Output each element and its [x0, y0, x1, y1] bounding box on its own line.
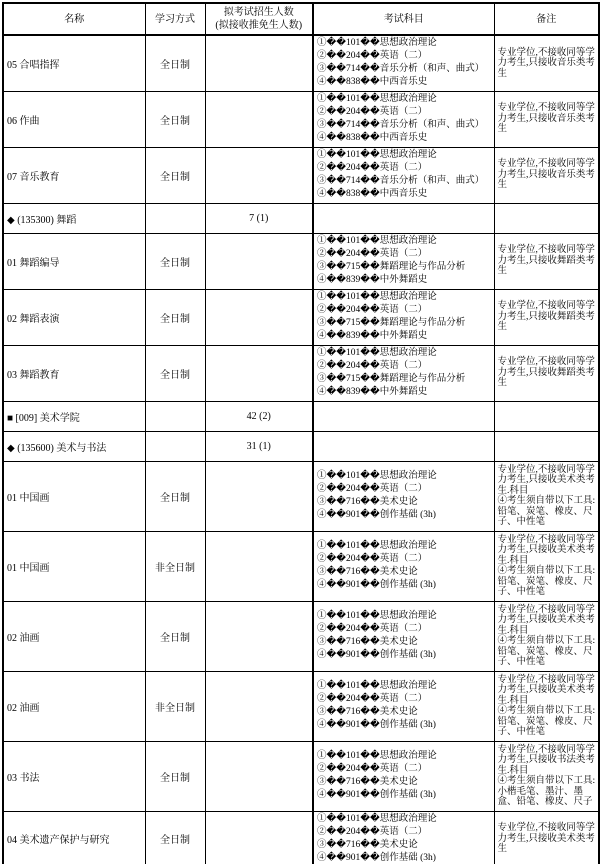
- program-name-cell: 06 作曲: [3, 91, 145, 147]
- note-paragraph: 专业学位,不接收同等学力考生,只接收舞蹈类考生: [498, 357, 598, 389]
- quota-cell: [205, 531, 313, 601]
- study-mode-cell: 全日制: [145, 461, 205, 531]
- col-header-name: 名称: [3, 3, 145, 35]
- note-paragraph: 专业学位,不接收同等学力考生,只接收美术类考生: [498, 823, 598, 855]
- subject-line: ②��204��英语（二）: [317, 826, 492, 839]
- note-paragraph: 专业学位,不接收同等学力考生,只接收美术类考生.科目: [498, 675, 598, 707]
- note-paragraph: 专业学位,不接收同等学力考生,只接收音乐类考生: [498, 103, 598, 135]
- table-row: ◆ (135600) 美术与书法31 (1): [3, 431, 599, 461]
- subject-line: ①��101��思想政治理论: [317, 610, 492, 623]
- col-header-note: 备注: [494, 3, 599, 35]
- table-row: 02 舞蹈表演全日制①��101��思想政治理论②��204��英语（二）③��…: [3, 289, 599, 345]
- note-paragraph: ④考生须自带以下工具:铅笔、炭笔、橡皮、尺子、中性笔: [498, 636, 598, 668]
- note-paragraph: 专业学位,不接收同等学力考生,只接收书法类考生.科目: [498, 745, 598, 777]
- exam-subjects-cell: ①��101��思想政治理论②��204��英语（二）③��715��舞蹈理论与…: [313, 233, 494, 289]
- col-header-quota-line2: (拟接收推免生人数): [206, 19, 313, 32]
- table-row: 02 油画全日制①��101��思想政治理论②��204��英语（二）③��71…: [3, 601, 599, 671]
- table-row: 07 音乐教育全日制①��101��思想政治理论②��204��英语（二）③��…: [3, 147, 599, 203]
- program-name-cell: 02 油画: [3, 671, 145, 741]
- exam-subjects-cell: ①��101��思想政治理论②��204��英语（二）③��715��舞蹈理论与…: [313, 289, 494, 345]
- table-row: 04 美术遗产保护与研究全日制①��101��思想政治理论②��204��英语（…: [3, 811, 599, 864]
- study-mode-cell: 全日制: [145, 289, 205, 345]
- subject-line: ③��714��音乐分析（和声、曲式）: [317, 175, 492, 188]
- subject-line: ③��716��美术史论: [317, 706, 492, 719]
- study-mode-cell: 全日制: [145, 601, 205, 671]
- program-name-cell: 05 合唱指挥: [3, 35, 145, 91]
- subject-line: ②��204��英语（二）: [317, 248, 492, 261]
- study-mode-cell: 全日制: [145, 741, 205, 811]
- table-row: 02 油画非全日制①��101��思想政治理论②��204��英语（二）③��7…: [3, 671, 599, 741]
- program-name-cell: 03 舞蹈教育: [3, 345, 145, 401]
- subject-line: ①��101��思想政治理论: [317, 347, 492, 360]
- table-row: 01 舞蹈编导全日制①��101��思想政治理论②��204��英语（二）③��…: [3, 233, 599, 289]
- note-cell: 专业学位,不接收同等学力考生,只接收音乐类考生: [494, 35, 599, 91]
- quota-cell: [205, 233, 313, 289]
- program-name-cell: 04 美术遗产保护与研究: [3, 811, 145, 864]
- exam-subjects-cell: ①��101��思想政治理论②��204��英语（二）③��714��音乐分析（…: [313, 91, 494, 147]
- program-name-cell: 07 音乐教育: [3, 147, 145, 203]
- col-header-quota: 拟考试招生人数 (拟接收推免生人数): [205, 3, 313, 35]
- table-row: 05 合唱指挥全日制①��101��思想政治理论②��204��英语（二）③��…: [3, 35, 599, 91]
- subject-line: ③��715��舞蹈理论与作品分析: [317, 261, 492, 274]
- subject-line: ①��101��思想政治理论: [317, 680, 492, 693]
- study-mode-cell: 全日制: [145, 811, 205, 864]
- study-mode-cell: [145, 401, 205, 431]
- program-name-cell: 01 舞蹈编导: [3, 233, 145, 289]
- exam-subjects-cell: ①��101��思想政治理论②��204��英语（二）③��714��音乐分析（…: [313, 35, 494, 91]
- study-mode-cell: 非全日制: [145, 671, 205, 741]
- subject-line: ①��101��思想政治理论: [317, 470, 492, 483]
- quota-cell: [205, 289, 313, 345]
- quota-cell: [205, 147, 313, 203]
- study-mode-cell: 非全日制: [145, 531, 205, 601]
- study-mode-cell: 全日制: [145, 35, 205, 91]
- exam-subjects-cell: ①��101��思想政治理论②��204��英语（二）③��715��舞蹈理论与…: [313, 345, 494, 401]
- note-cell: [494, 431, 599, 461]
- program-name-cell: 02 油画: [3, 601, 145, 671]
- subject-line: ④��839��中外舞蹈史: [317, 330, 492, 343]
- quota-cell: [205, 345, 313, 401]
- exam-subjects-cell: [313, 203, 494, 233]
- exam-subjects-cell: ①��101��思想政治理论②��204��英语（二）③��716��美术史论④…: [313, 671, 494, 741]
- subject-line: ④��839��中外舞蹈史: [317, 386, 492, 399]
- subject-line: ①��101��思想政治理论: [317, 750, 492, 763]
- subject-line: ②��204��英语（二）: [317, 693, 492, 706]
- subject-line: ③��715��舞蹈理论与作品分析: [317, 373, 492, 386]
- note-paragraph: ④考生须自带以下工具:铅笔、炭笔、橡皮、尺子、中性笔: [498, 706, 598, 738]
- quota-cell: 31 (1): [205, 431, 313, 461]
- subject-line: ②��204��英语（二）: [317, 483, 492, 496]
- note-cell: 专业学位,不接收同等学力考生,只接收书法类考生.科目④考生须自带以下工具:小楷毛…: [494, 741, 599, 811]
- subject-line: ③��715��舞蹈理论与作品分析: [317, 317, 492, 330]
- quota-cell: [205, 741, 313, 811]
- note-paragraph: ④考生须自带以下工具:小楷毛笔、墨汁、墨盒、铅笔、橡皮、尺子: [498, 776, 598, 808]
- study-mode-cell: 全日制: [145, 147, 205, 203]
- note-paragraph: ④考生须自带以下工具:铅笔、炭笔、橡皮、尺子、中性笔: [498, 496, 598, 528]
- note-cell: 专业学位,不接收同等学力考生,只接收美术类考生: [494, 811, 599, 864]
- table-row: 03 书法全日制①��101��思想政治理论②��204��英语（二）③��71…: [3, 741, 599, 811]
- study-mode-cell: [145, 203, 205, 233]
- table-row: 03 舞蹈教育全日制①��101��思想政治理论②��204��英语（二）③��…: [3, 345, 599, 401]
- note-cell: 专业学位,不接收同等学力考生,只接收美术类考生.科目④考生须自带以下工具:铅笔、…: [494, 671, 599, 741]
- note-cell: 专业学位,不接收同等学力考生,只接收美术类考生.科目④考生须自带以下工具:铅笔、…: [494, 461, 599, 531]
- note-cell: 专业学位,不接收同等学力考生,只接收美术类考生.科目④考生须自带以下工具:铅笔、…: [494, 601, 599, 671]
- study-mode-cell: 全日制: [145, 91, 205, 147]
- quota-cell: 42 (2): [205, 401, 313, 431]
- note-cell: 专业学位,不接收同等学力考生,只接收美术类考生.科目④考生须自带以下工具:铅笔、…: [494, 531, 599, 601]
- table-row: ◆ (135300) 舞蹈7 (1): [3, 203, 599, 233]
- subject-line: ②��204��英语（二）: [317, 623, 492, 636]
- subject-line: ②��204��英语（二）: [317, 50, 492, 63]
- subject-line: ②��204��英语（二）: [317, 360, 492, 373]
- note-paragraph: 专业学位,不接收同等学力考生,只接收舞蹈类考生: [498, 245, 598, 277]
- subject-line: ①��101��思想政治理论: [317, 813, 492, 826]
- table-header-row: 名称 学习方式 拟考试招生人数 (拟接收推免生人数) 考试科目 备注: [3, 3, 599, 35]
- subject-line: ①��101��思想政治理论: [317, 540, 492, 553]
- study-mode-cell: 全日制: [145, 345, 205, 401]
- program-name-cell: 01 中国画: [3, 461, 145, 531]
- subject-line: ④��901��创作基础 (3h): [317, 509, 492, 522]
- subject-line: ①��101��思想政治理论: [317, 291, 492, 304]
- subject-line: ③��716��美术史论: [317, 776, 492, 789]
- quota-cell: 7 (1): [205, 203, 313, 233]
- subject-line: ④��838��中西音乐史: [317, 76, 492, 89]
- exam-subjects-cell: [313, 431, 494, 461]
- program-name-cell: 03 书法: [3, 741, 145, 811]
- subject-line: ④��901��创作基础 (3h): [317, 719, 492, 732]
- note-paragraph: 专业学位,不接收同等学力考生,只接收美术类考生.科目: [498, 535, 598, 567]
- study-mode-cell: [145, 431, 205, 461]
- table-row: 01 中国画非全日制①��101��思想政治理论②��204��英语（二）③��…: [3, 531, 599, 601]
- note-paragraph: 专业学位,不接收同等学力考生,只接收美术类考生.科目: [498, 465, 598, 497]
- quota-cell: [205, 811, 313, 864]
- subject-line: ②��204��英语（二）: [317, 763, 492, 776]
- subject-line: ④��838��中西音乐史: [317, 188, 492, 201]
- subject-line: ③��716��美术史论: [317, 839, 492, 852]
- subject-line: ④��901��创作基础 (3h): [317, 789, 492, 802]
- subject-line: ②��204��英语（二）: [317, 162, 492, 175]
- table-row: 06 作曲全日制①��101��思想政治理论②��204��英语（二）③��71…: [3, 91, 599, 147]
- exam-subjects-cell: ①��101��思想政治理论②��204��英语（二）③��716��美术史论④…: [313, 601, 494, 671]
- exam-subjects-cell: ①��101��思想政治理论②��204��英语（二）③��716��美术史论④…: [313, 531, 494, 601]
- program-name-cell: ◆ (135300) 舞蹈: [3, 203, 145, 233]
- note-cell: [494, 401, 599, 431]
- note-paragraph: 专业学位,不接收同等学力考生,只接收舞蹈类考生: [498, 301, 598, 333]
- subject-line: ②��204��英语（二）: [317, 304, 492, 317]
- exam-subjects-cell: ①��101��思想政治理论②��204��英语（二）③��716��美术史论④…: [313, 811, 494, 864]
- table-row: 01 中国画全日制①��101��思想政治理论②��204��英语（二）③��7…: [3, 461, 599, 531]
- subject-line: ②��204��英语（二）: [317, 106, 492, 119]
- subject-line: ③��716��美术史论: [317, 496, 492, 509]
- subject-line: ①��101��思想政治理论: [317, 235, 492, 248]
- admissions-table: 名称 学习方式 拟考试招生人数 (拟接收推免生人数) 考试科目 备注 05 合唱…: [2, 2, 600, 864]
- note-paragraph: 专业学位,不接收同等学力考生,只接收音乐类考生: [498, 159, 598, 191]
- col-header-study-mode: 学习方式: [145, 3, 205, 35]
- subject-line: ④��838��中西音乐史: [317, 132, 492, 145]
- quota-cell: [205, 91, 313, 147]
- subject-line: ④��901��创作基础 (3h): [317, 579, 492, 592]
- subject-line: ③��714��音乐分析（和声、曲式）: [317, 119, 492, 132]
- col-header-exam-subjects: 考试科目: [313, 3, 494, 35]
- study-mode-cell: 全日制: [145, 233, 205, 289]
- subject-line: ③��716��美术史论: [317, 566, 492, 579]
- quota-cell: [205, 461, 313, 531]
- note-cell: 专业学位,不接收同等学力考生,只接收舞蹈类考生: [494, 233, 599, 289]
- program-name-cell: ■ [009] 美术学院: [3, 401, 145, 431]
- note-paragraph: ④考生须自带以下工具:铅笔、炭笔、橡皮、尺子、中性笔: [498, 566, 598, 598]
- note-cell: 专业学位,不接收同等学力考生,只接收舞蹈类考生: [494, 345, 599, 401]
- note-paragraph: 专业学位,不接收同等学力考生,只接收音乐类考生: [498, 48, 598, 80]
- quota-cell: [205, 671, 313, 741]
- subject-line: ①��101��思想政治理论: [317, 37, 492, 50]
- subject-line: ②��204��英语（二）: [317, 553, 492, 566]
- table-row: ■ [009] 美术学院42 (2): [3, 401, 599, 431]
- program-name-cell: ◆ (135600) 美术与书法: [3, 431, 145, 461]
- subject-line: ④��901��创作基础 (3h): [317, 852, 492, 864]
- subject-line: ④��901��创作基础 (3h): [317, 649, 492, 662]
- quota-cell: [205, 35, 313, 91]
- subject-line: ③��716��美术史论: [317, 636, 492, 649]
- note-cell: [494, 203, 599, 233]
- note-cell: 专业学位,不接收同等学力考生,只接收音乐类考生: [494, 147, 599, 203]
- subject-line: ①��101��思想政治理论: [317, 149, 492, 162]
- subject-line: ①��101��思想政治理论: [317, 93, 492, 106]
- quota-cell: [205, 601, 313, 671]
- exam-subjects-cell: ①��101��思想政治理论②��204��英语（二）③��714��音乐分析（…: [313, 147, 494, 203]
- col-header-quota-line1: 拟考试招生人数: [206, 6, 313, 19]
- exam-subjects-cell: [313, 401, 494, 431]
- subject-line: ③��714��音乐分析（和声、曲式）: [317, 63, 492, 76]
- table-body: 05 合唱指挥全日制①��101��思想政治理论②��204��英语（二）③��…: [3, 35, 599, 864]
- note-cell: 专业学位,不接收同等学力考生,只接收舞蹈类考生: [494, 289, 599, 345]
- exam-subjects-cell: ①��101��思想政治理论②��204��英语（二）③��716��美术史论④…: [313, 461, 494, 531]
- exam-subjects-cell: ①��101��思想政治理论②��204��英语（二）③��716��美术史论④…: [313, 741, 494, 811]
- program-name-cell: 01 中国画: [3, 531, 145, 601]
- subject-line: ④��839��中外舞蹈史: [317, 274, 492, 287]
- note-cell: 专业学位,不接收同等学力考生,只接收音乐类考生: [494, 91, 599, 147]
- note-paragraph: 专业学位,不接收同等学力考生,只接收美术类考生.科目: [498, 605, 598, 637]
- program-name-cell: 02 舞蹈表演: [3, 289, 145, 345]
